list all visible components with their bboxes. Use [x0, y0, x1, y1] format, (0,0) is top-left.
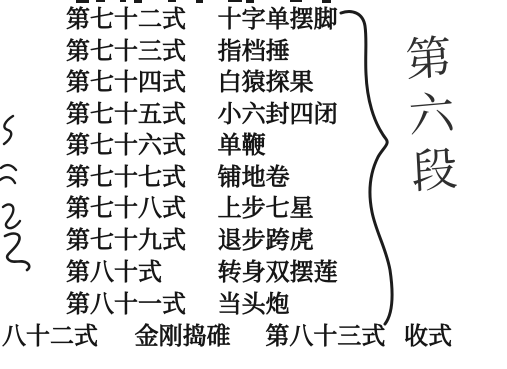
- form-name: 转身双摆莲: [218, 259, 338, 286]
- form-row: 第七十八式 上步七星: [66, 197, 314, 221]
- form-name: 金刚捣碓: [135, 323, 231, 350]
- form-row-bottom: 八十二式 金刚捣碓 第八十三式 收式: [2, 325, 452, 349]
- page-edge-artifact: [246, 0, 254, 3]
- form-row: 第七十五式 小六封四闭: [66, 103, 338, 127]
- form-name: 指档捶: [218, 38, 290, 65]
- left-margin-handwriting-stroke: [0, 177, 15, 183]
- page-edge-artifact: [168, 0, 176, 2]
- form-row: 第八十式 转身双摆莲: [66, 261, 338, 285]
- form-row: 第七十六式 单鞭: [66, 134, 266, 158]
- page-edge-artifact: [228, 0, 242, 2]
- form-name: 十字单摆脚: [218, 6, 338, 33]
- left-margin-handwriting-stroke: [3, 205, 20, 229]
- form-name: 退步跨虎: [218, 227, 314, 254]
- form-number: 第七十二式: [66, 8, 211, 32]
- form-row: 第七十四式 白猿探果: [66, 71, 314, 95]
- form-number: 第八十一式: [66, 293, 211, 317]
- page-edge-artifact: [290, 0, 302, 2]
- scanned-page: 第七十二式 十字单摆脚 第七十三式 指档捶 第七十四式 白猿探果 第七十五式 小…: [0, 0, 507, 369]
- section-brace-stroke: [341, 12, 392, 324]
- form-name: 收式: [404, 323, 452, 350]
- form-number: 八十二式: [2, 323, 98, 350]
- page-edge-artifact: [96, 0, 105, 2]
- form-name: 上步七星: [218, 195, 314, 222]
- left-margin-handwriting-stroke: [5, 234, 29, 270]
- form-name: 当头炮: [218, 291, 290, 318]
- form-number: 第七十三式: [66, 40, 211, 64]
- page-edge-artifact: [134, 0, 142, 3]
- form-row: 第八十一式 当头炮: [66, 293, 290, 317]
- form-number: 第七十六式: [66, 134, 211, 158]
- form-name: 单鞭: [218, 132, 266, 159]
- page-edge-artifact: [196, 0, 203, 3]
- page-edge-artifact: [76, 0, 89, 3]
- page-edge-artifact: [322, 0, 331, 3]
- form-name: 小六封四闭: [218, 101, 338, 128]
- form-number: 第七十九式: [66, 229, 211, 253]
- form-number: 第七十五式: [66, 103, 211, 127]
- form-number: 第八十三式: [265, 323, 385, 350]
- form-number: 第八十式: [66, 261, 211, 285]
- form-row: 第七十二式 十字单摆脚: [66, 8, 338, 32]
- form-number: 第七十七式: [66, 166, 211, 190]
- right-margin-handwriting: 第六段: [391, 31, 468, 251]
- page-edge-artifact: [120, 0, 126, 2]
- form-name: 白猿探果: [218, 69, 314, 96]
- form-row: 第七十九式 退步跨虎: [66, 229, 314, 253]
- form-row: 第七十三式 指档捶: [66, 40, 290, 64]
- form-number: 第七十四式: [66, 71, 211, 95]
- form-row: 第七十七式 铺地卷: [66, 166, 290, 190]
- form-number: 第七十八式: [66, 197, 211, 221]
- form-name: 铺地卷: [218, 164, 290, 191]
- left-margin-handwriting-stroke: [4, 116, 13, 144]
- left-margin-handwriting-stroke: [1, 165, 16, 170]
